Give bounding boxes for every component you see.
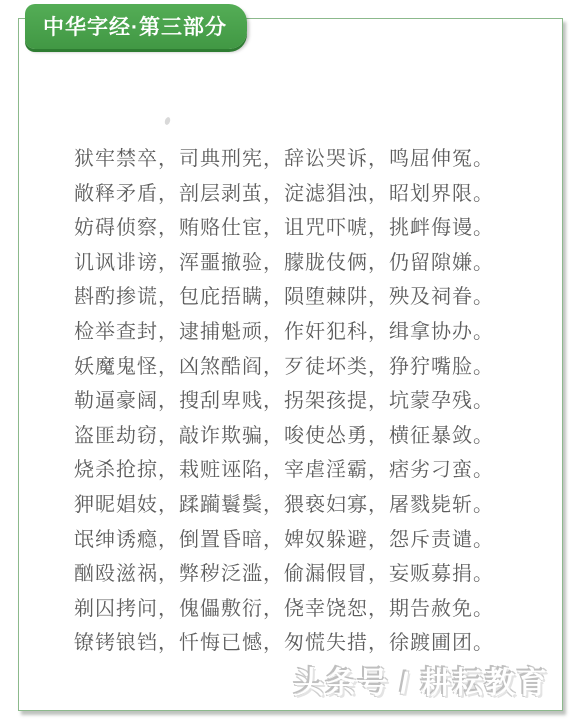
title-badge: 中华字经·第三部分 [25, 4, 247, 49]
text-line: 狱牢禁卒，司典刑宪，辞讼哭诉，鸣屈伸冤。 [74, 142, 564, 177]
text-line: 狎昵娼妓，蹂躏鬟鬓，猥亵妇寡，屠戮毙斩。 [74, 488, 564, 523]
text-line: 敞释矛盾，剖层剥茧，淀滤猖浊，昭划界限。 [74, 177, 564, 212]
text-line: 斟酌掺谎，包庇捂瞒，陨堕棘阱，殃及祠眷。 [74, 280, 564, 315]
text-line: 妖魔鬼怪，凶煞酷阎，歹徒坏类，狰狞嘴脸。 [74, 350, 564, 385]
document-card: 狱牢禁卒，司典刑宪，辞讼哭诉，鸣屈伸冤。 敞释矛盾，剖层剥茧，淀滤猖浊，昭划界限… [18, 18, 563, 711]
text-line: 镣铐锒铛，忏悔已憾，匆慌失措，徐踱圃团。 [74, 626, 564, 661]
text-line: 烧杀抢掠，栽赃诬陷，宰虐淫霸，痞劣刁蛮。 [74, 453, 564, 488]
watermark-text: 头条号 / 耕耘教育 [294, 658, 549, 702]
text-line: 勒逼豪阔，搜刮卑贱，拐架孩提，坑蒙孕残。 [74, 384, 564, 419]
text-line: 酗殴滋祸，弊秽泛滥，偷漏假冒，妄贩募捐。 [74, 557, 564, 592]
text-line: 妨碍侦察，贿赂仕宦，诅咒吓唬，挑衅侮谩。 [74, 211, 564, 246]
text-line: 盗匪劫窃，敲诈欺骗，唆使怂勇，横征暴敛。 [74, 419, 564, 454]
text-line: 剃囚拷问，傀儡敷衍，侥幸饶恕，期告赦免。 [74, 592, 564, 627]
text-line: 讥讽诽谤，浑噩撤验，朦胧伎俩，仍留隙嫌。 [74, 246, 564, 281]
paper-smudge [164, 116, 171, 125]
text-line: 氓绅诱瘾，倒置昏暗，婢奴躲避，怨斥责谴。 [74, 523, 564, 558]
lesson-text-block: 狱牢禁卒，司典刑宪，辞讼哭诉，鸣屈伸冤。 敞释矛盾，剖层剥茧，淀滤猖浊，昭划界限… [74, 142, 564, 661]
text-line: 检举查封，逮捕魁顽，作奸犯科，缉拿协办。 [74, 315, 564, 350]
